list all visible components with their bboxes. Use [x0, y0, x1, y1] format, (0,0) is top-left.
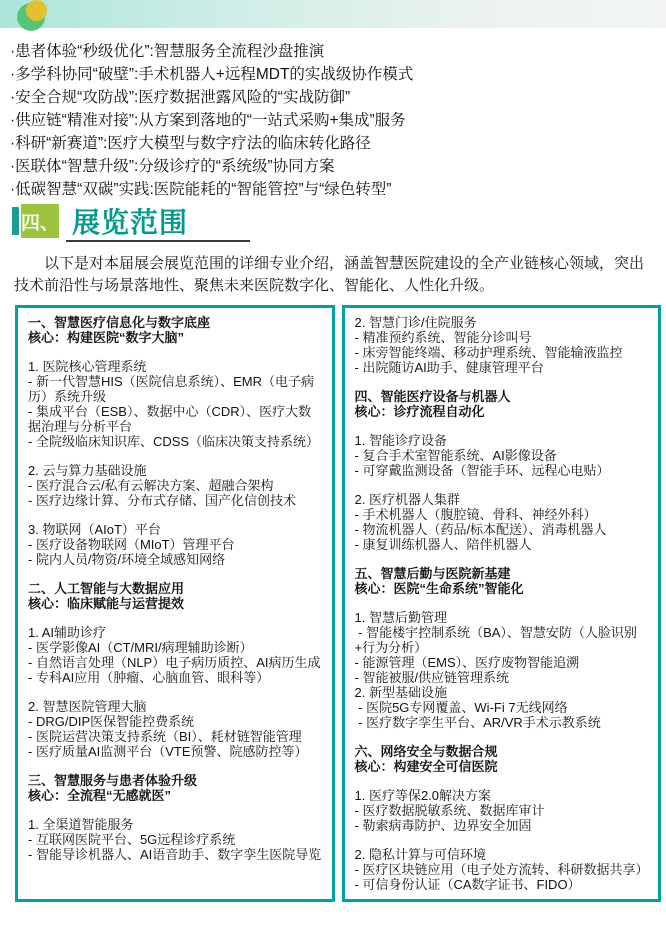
bullet-line: ·科研“新赛道”:医疗大模型与数字疗法的临床转化路径: [10, 132, 656, 155]
section-heading-line: 核心：构建安全可信医院: [355, 759, 649, 774]
spacer: [28, 449, 322, 463]
spacer: [28, 803, 322, 817]
section-heading-line: 核心：医院“生命系统”智能化: [355, 581, 649, 596]
section-heading-line: 三、智慧服务与患者体验升级: [28, 773, 322, 788]
content-line: - 医疗数字孪生平台、AR/VR手术示教系统: [355, 715, 649, 730]
content-line: 2. 智慧门诊/住院服务: [355, 315, 649, 330]
content-line: - 院内人员/物资/环境全域感知网络: [28, 552, 322, 567]
logo-yellow-circle-icon: [26, 0, 47, 21]
content-line: 1. 全渠道智能服务: [28, 817, 322, 832]
content-line: 1. 医院核心管理系统: [28, 359, 322, 374]
content-line: - 医疗区块链应用（电子处方流转、科研数据共享）: [355, 862, 649, 877]
spacer: [28, 759, 322, 773]
section-heading-line: 五、智慧后勤与医院新基建: [355, 566, 649, 581]
content-line: 1. 智慧后勤管理: [355, 610, 649, 625]
spacer: [355, 833, 649, 847]
spacer: [355, 375, 649, 389]
accent-bar: [12, 207, 19, 235]
content-line: 2. 云与算力基础设施: [28, 463, 322, 478]
section-title: 展览范围: [72, 201, 188, 241]
spacer: [355, 774, 649, 788]
bullet-line: ·医联体“智慧升级”:分级诊疗的“系统级”协同方案: [10, 155, 656, 178]
brochure-page: ·患者体验“秒级优化”:智慧服务全流程沙盘推演·多学科协同“破壁”:手术机器人+…: [0, 0, 666, 928]
spacer: [355, 552, 649, 566]
content-line: - 勒索病毒防护、边界安全加固: [355, 818, 649, 833]
intro-paragraph: 以下是对本届展会展览范围的详细专业介绍，涵盖智慧医院建设的全产业链核心领域，突出…: [14, 253, 652, 297]
section-heading-line: 核心：诊疗流程自动化: [355, 404, 649, 419]
spacer: [28, 685, 322, 699]
spacer: [355, 478, 649, 492]
bullet-line: ·患者体验“秒级优化”:智慧服务全流程沙盘推演: [10, 40, 656, 63]
content-line: - 床旁智能终端、移动护理系统、智能输液监控: [355, 345, 649, 360]
content-line: - 医疗质量AI监测平台（VTE预警、院感防控等）: [28, 744, 322, 759]
content-line: - 康复训练机器人、陪伴机器人: [355, 537, 649, 552]
section-header: 四、 展览范围: [12, 203, 666, 247]
spacer: [28, 567, 322, 581]
content-line: 2. 新型基础设施: [355, 685, 649, 700]
content-columns: 一、智慧医疗信息化与数字底座核心：构建医院“数字大脑”1. 医院核心管理系统- …: [15, 305, 661, 902]
bullet-line: ·供应链“精准对接”:从方案到落地的“一站式采购+集成”服务: [10, 109, 656, 132]
title-underline: [66, 240, 250, 242]
content-line: - 手术机器人（腹腔镜、骨科、神经外科）: [355, 507, 649, 522]
content-line: - 智能被服/供应链管理系统: [355, 670, 649, 685]
content-line: - 医疗设备物联网（MIoT）管理平台: [28, 537, 322, 552]
content-line: - 可穿戴监测设备（智能手环、远程心电贴）: [355, 463, 649, 478]
spacer: [355, 419, 649, 433]
content-line: - 可信身份认证（CA数字证书、FIDO）: [355, 877, 649, 892]
content-line: - DRG/DIP医保智能控费系统: [28, 714, 322, 729]
left-column-box: 一、智慧医疗信息化与数字底座核心：构建医院“数字大脑”1. 医院核心管理系统- …: [15, 305, 335, 902]
content-line: - 互联网医院平台、5G远程诊疗系统: [28, 832, 322, 847]
content-line: - 医院5G专网覆盖、Wi-Fi 7无线网络: [355, 700, 649, 715]
content-line: 1. AI辅助诊疗: [28, 625, 322, 640]
content-line: 1. 智能诊疗设备: [355, 433, 649, 448]
section-heading-line: 二、人工智能与大数据应用: [28, 581, 322, 596]
spacer: [28, 345, 322, 359]
section-heading-line: 四、智能医疗设备与机器人: [355, 389, 649, 404]
content-line: 2. 智慧医院管理大脑: [28, 699, 322, 714]
bullet-line: ·安全合规“攻防战”:医疗数据泄露风险的“实战防御”: [10, 86, 656, 109]
bullet-line: ·多学科协同“破壁”:手术机器人+远程MDT的实战级协作模式: [10, 63, 656, 86]
content-line: - 医疗边缘计算、分布式存储、国产化信创技术: [28, 493, 322, 508]
content-line: 2. 医疗机器人集群: [355, 492, 649, 507]
content-line: - 集成平台（ESB）、数据中心（CDR）、医疗大数据治理与分析平台: [28, 404, 322, 434]
content-line: - 复合手术室智能系统、AI影像设备: [355, 448, 649, 463]
content-line: - 出院随访AI助手、健康管理平台: [355, 360, 649, 375]
section-heading-line: 六、网络安全与数据合规: [355, 744, 649, 759]
content-line: 2. 隐私计算与可信环境: [355, 847, 649, 862]
section-heading-line: 一、智慧医疗信息化与数字底座: [28, 315, 322, 330]
content-line: - 智能楼宇控制系统（BA）、智慧安防（人脸识别+行为分析）: [355, 625, 649, 655]
content-line: - 医学影像AI（CT/MRI/病理辅助诊断）: [28, 640, 322, 655]
section-number-badge: 四、: [21, 204, 59, 238]
section-heading-line: 核心：构建医院“数字大脑”: [28, 330, 322, 345]
top-bar: [0, 0, 666, 28]
content-line: - 智能导诊机器人、AI语音助手、数字孪生医院导览: [28, 847, 322, 862]
content-line: - 医院运营决策支持系统（BI）、耗材链智能管理: [28, 729, 322, 744]
content-line: - 能源管理（EMS）、医疗废物智能追溯: [355, 655, 649, 670]
spacer: [28, 611, 322, 625]
section-heading-line: 核心：临床赋能与运营提效: [28, 596, 322, 611]
section-heading-line: 核心：全流程“无感就医”: [28, 788, 322, 803]
content-line: - 全院级临床知识库、CDSS（临床决策支持系统）: [28, 434, 322, 449]
content-line: - 物流机器人（药品/标本配送）、消毒机器人: [355, 522, 649, 537]
content-line: - 新一代智慧HIS（医院信息系统）、EMR（电子病历）系统升级: [28, 374, 322, 404]
content-line: 3. 物联网（AIoT）平台: [28, 522, 322, 537]
right-column-box: 2. 智慧门诊/住院服务- 精准预约系统、智能分诊叫号- 床旁智能终端、移动护理…: [342, 305, 662, 902]
content-line: - 医疗数据脱敏系统、数据库审计: [355, 803, 649, 818]
content-line: - 专科AI应用（肿瘤、心脑血管、眼科等）: [28, 670, 322, 685]
content-line: - 精准预约系统、智能分诊叫号: [355, 330, 649, 345]
spacer: [355, 596, 649, 610]
content-line: 1. 医疗等保2.0解决方案: [355, 788, 649, 803]
content-line: - 医疗混合云/私有云解决方案、超融合架构: [28, 478, 322, 493]
content-line: - 自然语言处理（NLP）电子病历质控、AI病历生成: [28, 655, 322, 670]
spacer: [355, 730, 649, 744]
highlight-bullet-list: ·患者体验“秒级优化”:智慧服务全流程沙盘推演·多学科协同“破壁”:手术机器人+…: [10, 40, 656, 201]
spacer: [28, 508, 322, 522]
bullet-line: ·低碳智慧“双碳”实践:医院能耗的“智能管控”与“绿色转型”: [10, 178, 656, 201]
